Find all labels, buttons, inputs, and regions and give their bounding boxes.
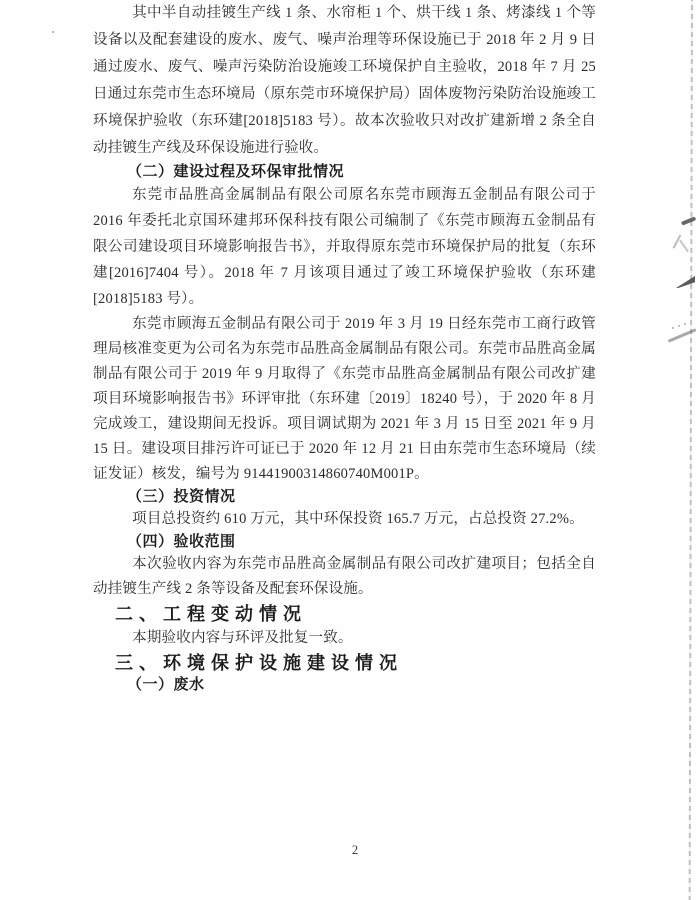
heading-acceptance-scope: （四）验收范围: [127, 532, 596, 552]
ink-smudge-artifact: [681, 216, 696, 225]
ink-speck-artifact: [678, 325, 680, 327]
heading-construction-approval: （二）建设过程及环保审批情况: [127, 162, 596, 182]
document-page: 其中半自动挂镀生产线 1 条、水帘柜 1 个、烘干线 1 条、烤漆线 1 个等设…: [0, 0, 700, 900]
heading-project-changes: 二、工程变动情况: [115, 602, 596, 626]
ink-smudge-artifact: [676, 276, 695, 288]
paragraph-acceptance-scope: 本次验收内容为东莞市品胜高金属制品有限公司改扩建项目；包括全自动挂镀生产线 2 …: [93, 552, 596, 602]
heading-investment: （三）投资情况: [127, 487, 596, 507]
page-number: 2: [340, 843, 370, 858]
scan-dot-artifact: [52, 31, 54, 33]
ink-speck-artifact: [684, 323, 686, 325]
heading-env-protection-facilities: 三、环境保护设施建设情况: [115, 651, 596, 675]
ink-smudge-artifact: [679, 240, 688, 252]
heading-wastewater: （一）废水: [127, 675, 596, 695]
page-edge-scan-line: [689, 0, 693, 900]
paragraph-investment: 项目总投资约 610 万元，其中环保投资 165.7 万元，占总投资 27.2%…: [93, 507, 596, 532]
paragraph-equipment-summary: 其中半自动挂镀生产线 1 条、水帘柜 1 个、烘干线 1 条、烤漆线 1 个等设…: [93, 0, 596, 162]
ink-smudge-artifact: [668, 328, 697, 342]
page-content: 其中半自动挂镀生产线 1 条、水帘柜 1 个、烘干线 1 条、烤漆线 1 个等设…: [93, 0, 596, 695]
paragraph-project-changes: 本期验收内容与环评及批复一致。: [93, 626, 596, 651]
paragraph-company-history-2: 东莞市顾海五金制品有限公司于 2019 年 3 月 19 日经东莞市工商行政管理…: [93, 312, 596, 487]
paragraph-company-history-1: 东莞市品胜高金属制品有限公司原名东莞市顾海五金制品有限公司于 2016 年委托北…: [93, 182, 596, 312]
ink-speck-artifact: [672, 327, 674, 329]
